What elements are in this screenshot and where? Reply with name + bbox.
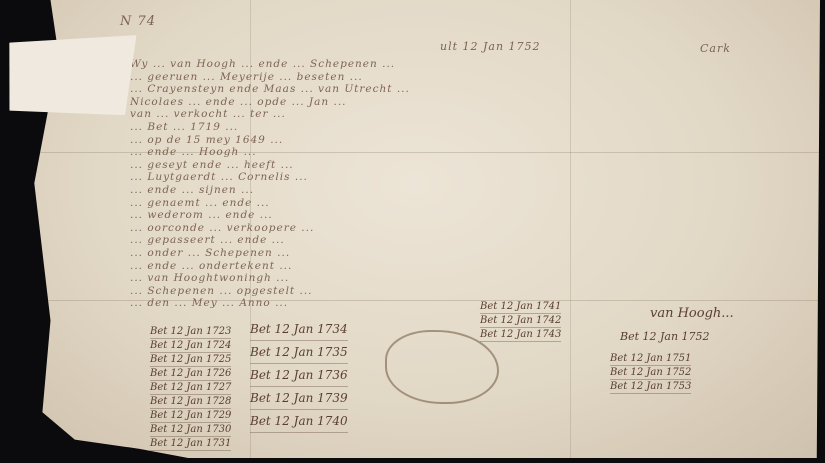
deed-body-text: Wy ... van Hoogh ... ende ... Schepenen …: [130, 58, 820, 310]
ledger-top-right: Cark: [700, 42, 731, 55]
ledger-left: Bet 12 Jan 1723 Bet 12 Jan 1724 Bet 12 J…: [150, 325, 231, 451]
ledger-center: Bet 12 Jan 1734 Bet 12 Jan 1735 Bet 12 J…: [250, 318, 348, 433]
ledger-top-center: ult 12 Jan 1752: [440, 40, 541, 53]
ledger-mid-right: Bet 12 Jan 1741 Bet 12 Jan 1742 Bet 12 J…: [480, 300, 561, 342]
folio-mark: N 74: [120, 14, 156, 29]
signature-date: Bet 12 Jan 1752: [620, 330, 710, 343]
ledger-right: Bet 12 Jan 1751 Bet 12 Jan 1752 Bet 12 J…: [610, 352, 691, 394]
signature: van Hoogh...: [650, 306, 734, 321]
